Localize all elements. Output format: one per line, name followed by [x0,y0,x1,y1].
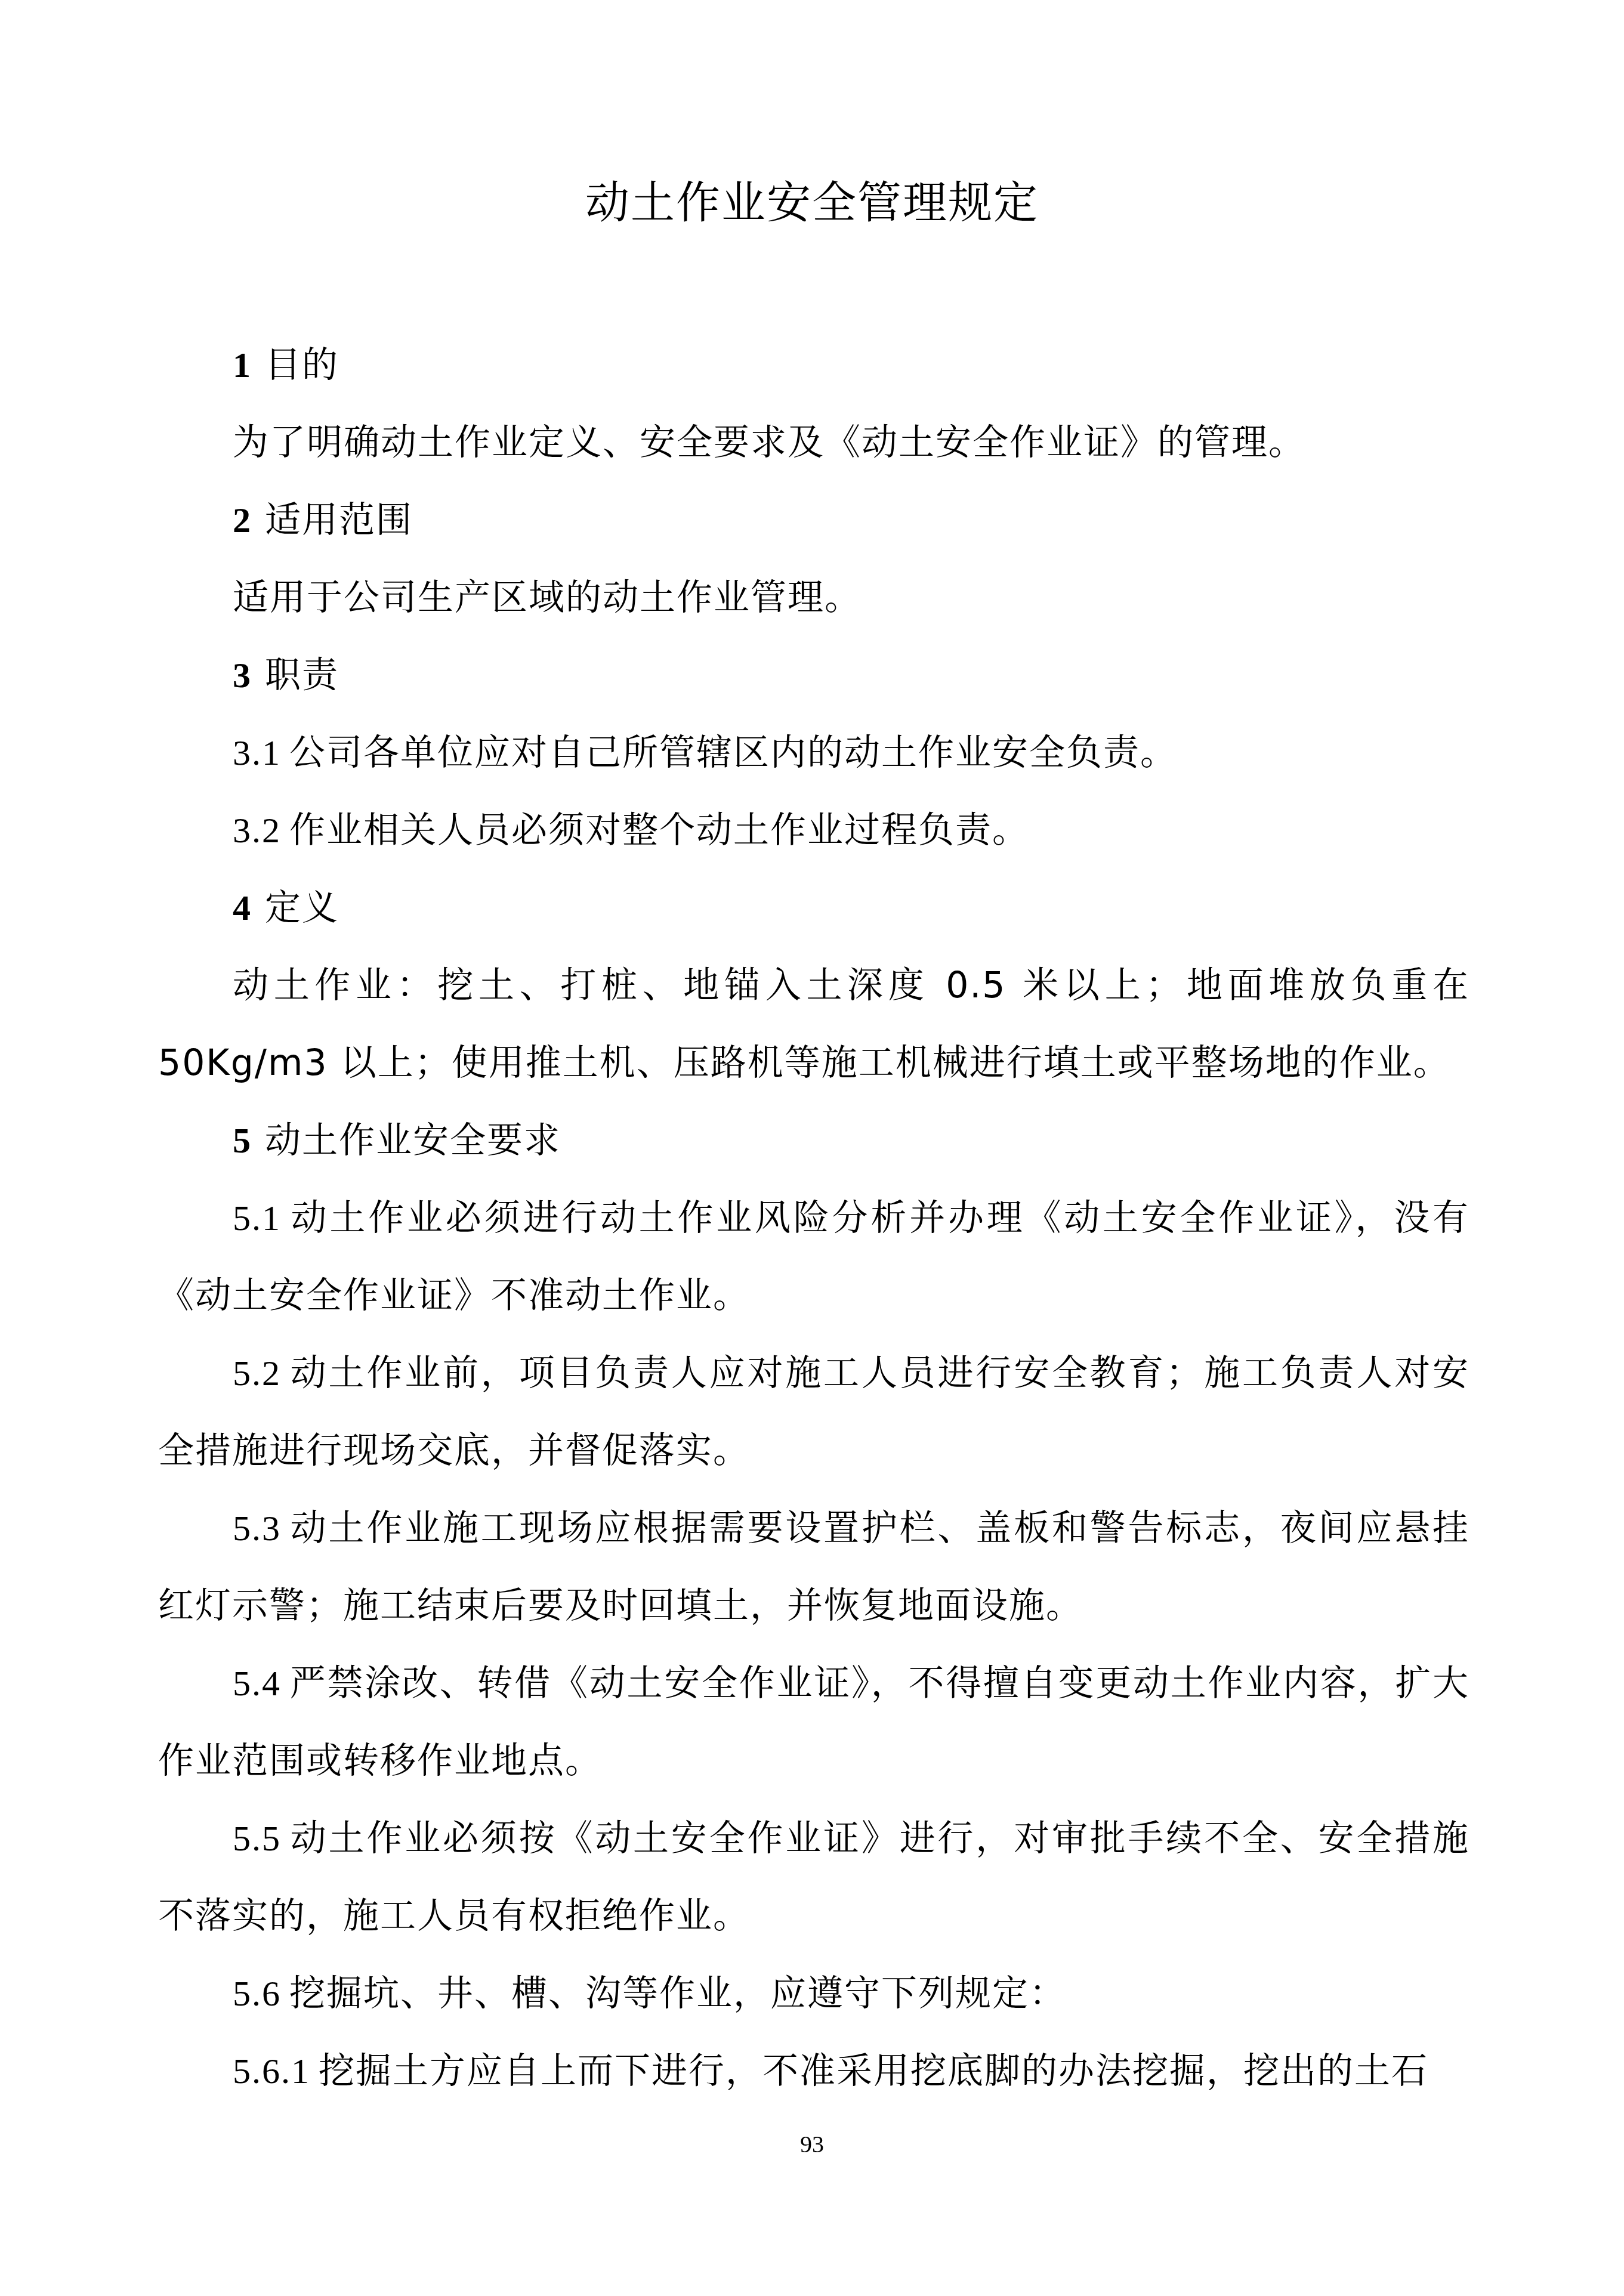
document-page: 动土作业安全管理规定 1目的 为了明确动土作业定义、安全要求及《动土安全作业证》… [0,0,1624,2296]
document-body: 1目的 为了明确动土作业定义、安全要求及《动土安全作业证》的管理。 2适用范围 … [158,326,1469,2110]
clause-number: 5.6.1 [233,2051,310,2091]
section-number: 3 [233,656,252,695]
section-heading-scope: 2适用范围 [158,481,1469,559]
paragraph-5-5: 5.5动土作业必须按《动土安全作业证》进行，对审批手续不全、安全措施不落实的，施… [158,1800,1469,1955]
paragraph-definition: 动土作业：挖土、打桩、地锚入土深度 0.5 米以上；地面堆放负重在 50Kg/m… [158,947,1469,1102]
paragraph-5-1: 5.1动土作业必须进行动土作业风险分析并办理《动土安全作业证》，没有《动土安全作… [158,1179,1469,1334]
paragraph-3-1: 3.1公司各单位应对自己所管辖区内的动土作业安全负责。 [158,714,1469,792]
paragraph-text: 动土作业前，项目负责人应对施工人员进行安全教育；施工负责人对安全措施进行现场交底… [158,1352,1469,1472]
section-heading-text: 目的 [265,344,339,386]
section-heading-text: 定义 [265,887,339,929]
clause-number: 5.6 [233,1974,281,2013]
section-heading-text: 适用范围 [265,499,413,541]
section-number: 1 [233,345,252,385]
paragraph-text: 严禁涂改、转借《动土安全作业证》，不得擅自变更动土作业内容，扩大作业范围或转移作… [158,1662,1469,1782]
section-number: 4 [233,888,252,928]
clause-number: 5.2 [233,1354,281,1393]
section-heading-text: 动土作业安全要求 [265,1120,561,1161]
section-heading-safety-requirements: 5动土作业安全要求 [158,1102,1469,1179]
clause-number: 5.1 [233,1198,281,1238]
paragraph-text: 动土作业必须按《动土安全作业证》进行，对审批手续不全、安全措施不落实的，施工人员… [158,1818,1469,1937]
paragraph-scope: 适用于公司生产区域的动土作业管理。 [158,559,1469,636]
paragraph-text: 公司各单位应对自己所管辖区内的动土作业安全负责。 [289,732,1177,774]
paragraph-5-4: 5.4严禁涂改、转借《动土安全作业证》，不得擅自变更动土作业内容，扩大作业范围或… [158,1645,1469,1800]
clause-number: 5.5 [233,1819,281,1858]
page-number: 93 [0,2127,1624,2162]
paragraph-text: 动土作业必须进行动土作业风险分析并办理《动土安全作业证》，没有《动土安全作业证》… [158,1197,1469,1317]
paragraph-5-6: 5.6挖掘坑、井、槽、沟等作业，应遵守下列规定： [158,1955,1469,2032]
paragraph-text: 动土作业施工现场应根据需要设置护栏、盖板和警告标志，夜间应悬挂红灯示警；施工结束… [158,1507,1469,1627]
paragraph-text: 动土作业：挖土、打桩、地锚入土深度 0.5 米以上；地面堆放负重在 50Kg/m… [158,965,1469,1084]
paragraph-text: 挖掘坑、井、槽、沟等作业，应遵守下列规定： [289,1973,1066,2014]
clause-number: 3.2 [233,811,281,850]
paragraph-5-3: 5.3动土作业施工现场应根据需要设置护栏、盖板和警告标志，夜间应悬挂红灯示警；施… [158,1490,1469,1645]
section-heading-purpose: 1目的 [158,326,1469,404]
section-number: 5 [233,1121,252,1160]
section-heading-responsibilities: 3职责 [158,636,1469,714]
paragraph-text: 挖掘土方应自上而下进行，不准采用挖底脚的办法挖掘，挖出的土石 [319,2050,1428,2092]
document-title: 动土作业安全管理规定 [0,170,1624,236]
paragraph-text: 为了明确动土作业定义、安全要求及《动土安全作业证》的管理。 [233,422,1305,463]
clause-number: 5.4 [233,1664,281,1703]
paragraph-5-2: 5.2动土作业前，项目负责人应对施工人员进行安全教育；施工负责人对安全措施进行现… [158,1334,1469,1490]
paragraph-5-6-1: 5.6.1挖掘土方应自上而下进行，不准采用挖底脚的办法挖掘，挖出的土石 [158,2032,1469,2110]
section-number: 2 [233,500,252,540]
clause-number: 5.3 [233,1509,281,1548]
paragraph-purpose: 为了明确动土作业定义、安全要求及《动土安全作业证》的管理。 [158,404,1469,481]
section-heading-definition: 4定义 [158,869,1469,947]
paragraph-text: 作业相关人员必须对整个动土作业过程负责。 [289,809,1029,851]
section-heading-text: 职责 [265,654,339,696]
paragraph-text: 适用于公司生产区域的动土作业管理。 [233,577,862,619]
clause-number: 3.1 [233,733,281,772]
paragraph-3-2: 3.2作业相关人员必须对整个动土作业过程负责。 [158,792,1469,869]
